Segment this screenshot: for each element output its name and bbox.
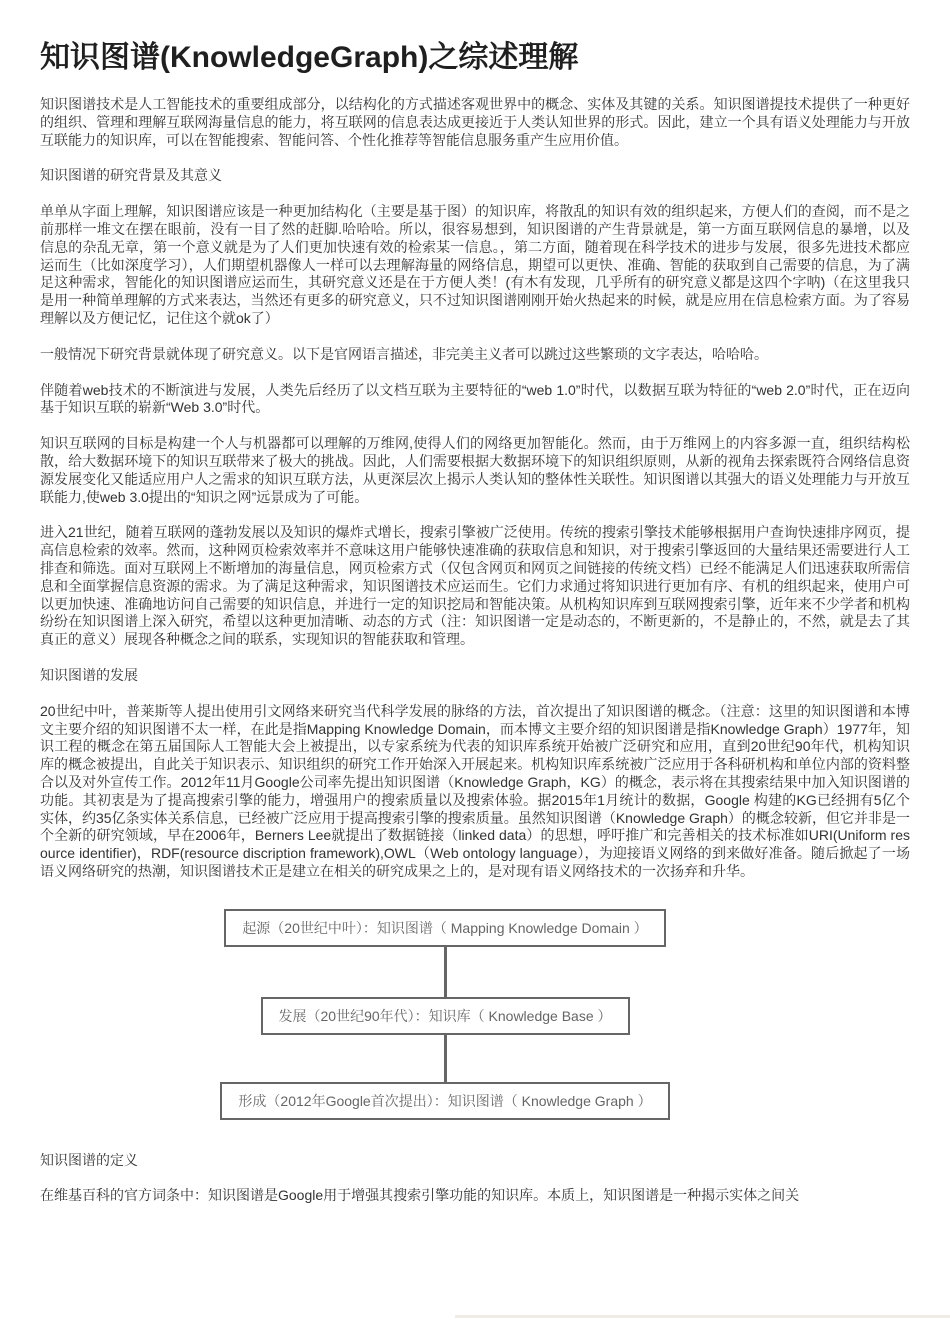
article-page: 知识图谱(KnowledgeGraph)之综述理解 知识图谱技术是人工智能技术的… [0, 0, 950, 1320]
flowchart-node-development: 发展（20世纪90年代）：知识库（ Knowledge Base ） [261, 997, 630, 1035]
paragraph-background-1: 单单从字面上理解，知识图谱应该是一种更加结构化（主要是基于图）的知识库，将散乱的… [40, 203, 910, 328]
paragraph-development-1: 20世纪中叶，普莱斯等人提出使用引文网络来研究当代科学发展的脉络的方法，首次提出… [40, 703, 910, 881]
section-heading-background: 知识图谱的研究背景及其意义 [40, 167, 910, 185]
paragraph-background-5: 进入21世纪，随着互联网的蓬勃发展以及知识的爆炸式增长，搜索引擎被广泛使用。传统… [40, 524, 910, 649]
paragraph-definition-1: 在维基百科的官方词条中：知识图谱是Google用于增强其搜索引擎功能的知识库。本… [40, 1187, 910, 1205]
flowchart-node-formation: 形成（2012年Google首次提出）：知识图谱（ Knowledge Grap… [220, 1082, 669, 1120]
paragraph-background-2: 一般情况下研究背景就体现了研究意义。以下是官网语言描述，非完美主义者可以跳过这些… [40, 346, 910, 364]
section-heading-definition: 知识图谱的定义 [40, 1152, 910, 1170]
paragraph-background-4: 知识互联网的目标是构建一个人与机器都可以理解的万维网,使得人们的网络更加智能化。… [40, 435, 910, 506]
development-flowchart: 起源（20世纪中叶）：知识图谱（ Mapping Knowledge Domai… [40, 909, 850, 1120]
flowchart-connector-1 [444, 947, 447, 997]
flowchart-connector-2 [444, 1035, 447, 1082]
paragraph-background-3: 伴随着web技术的不断演进与发展，人类先后经历了以文档互联为主要特征的“web … [40, 382, 910, 418]
flowchart-node-origin: 起源（20世纪中叶）：知识图谱（ Mapping Knowledge Domai… [224, 909, 665, 947]
cropped-next-content-edge [455, 1315, 950, 1318]
definition-section: 知识图谱的定义 在维基百科的官方词条中：知识图谱是Google用于增强其搜索引擎… [40, 1152, 910, 1206]
page-title: 知识图谱(KnowledgeGraph)之综述理解 [40, 0, 910, 76]
section-heading-development: 知识图谱的发展 [40, 667, 910, 685]
paragraph-intro: 知识图谱技术是人工智能技术的重要组成部分，以结构化的方式描述客观世界中的概念、实… [40, 96, 910, 149]
